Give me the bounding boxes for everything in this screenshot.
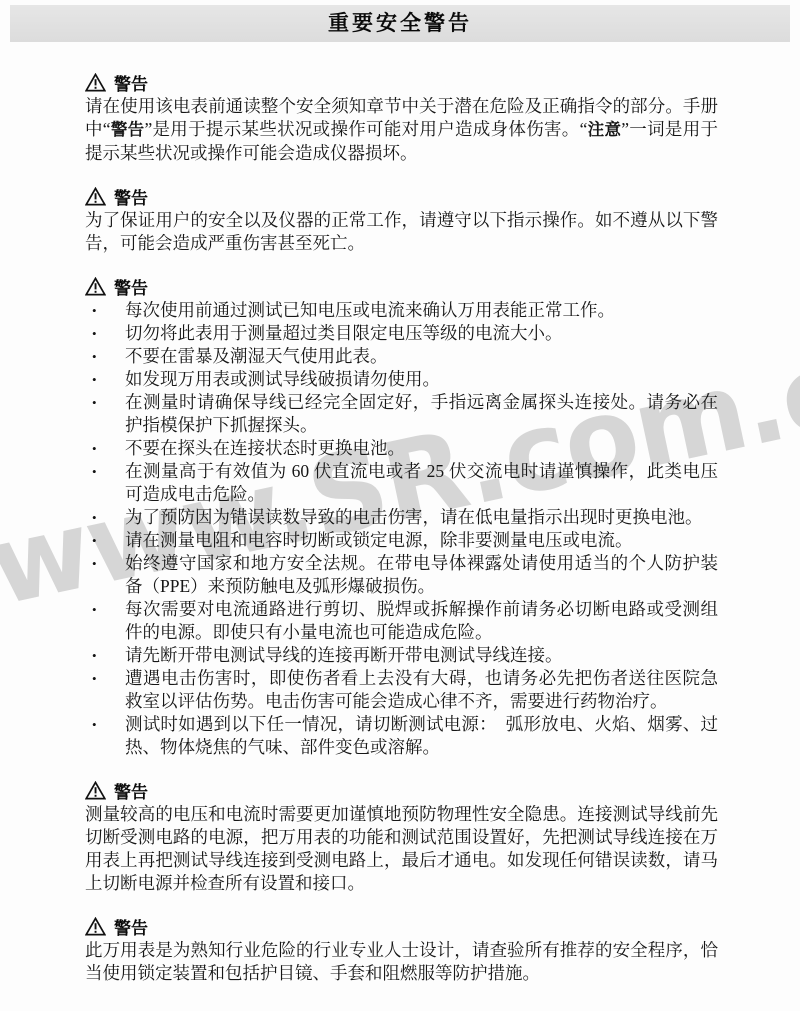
list-item: 如发现万用表或测试导线破损请勿使用。 xyxy=(85,368,718,391)
warning-section-1: 警告 请在使用该电表前通读整个安全须知章节中关于潜在危险及正确指令的部分。手册中… xyxy=(85,72,718,165)
warning-triangle-icon xyxy=(85,73,106,92)
warning-header: 警告 xyxy=(85,916,718,937)
warning-section-5: 警告 此万用表是为熟知行业危险的行业专业人士设计，请查验所有推荐的安全程序，恰当… xyxy=(85,916,718,985)
warning-label: 警告 xyxy=(114,184,148,209)
warning-label: 警告 xyxy=(114,70,148,95)
bold-term-warning: 警告 xyxy=(111,121,145,139)
bold-term-caution: 注意 xyxy=(587,121,621,139)
page-title: 重要安全警告 xyxy=(10,5,790,42)
warning-header: 警告 xyxy=(85,780,718,801)
warning-triangle-icon xyxy=(85,187,106,206)
list-item: 始终遵守国家和地方安全法规。在带电导体裸露处请使用适当的个人防护装备（PPE）来… xyxy=(85,552,718,598)
warning-triangle-icon xyxy=(85,277,106,296)
warning-label: 警告 xyxy=(114,274,148,299)
warning-paragraph: 请在使用该电表前通读整个安全须知章节中关于潜在危险及正确指令的部分。手册中“警告… xyxy=(85,95,718,165)
warning-section-2: 警告 为了保证用户的安全以及仪器的正常工作，请遵守以下指示操作。如不遵从以下警告… xyxy=(85,186,718,255)
paragraph-text: ”是用于提示某些状况或操作可能对用户造成身体伤害。“ xyxy=(144,119,587,139)
warning-label: 警告 xyxy=(114,778,148,803)
list-item: 为了预防因为错误读数导致的电击伤害，请在低电量指示出现时更换电池。 xyxy=(85,506,718,529)
warning-header: 警告 xyxy=(85,276,718,297)
list-item: 遭遇电击伤害时，即使伤者看上去没有大碍，也请务必先把伤者送往医院急救室以评估伤势… xyxy=(85,667,718,713)
list-item: 在测量时请确保导线已经完全固定好，手指远离金属探头连接处。请务必在护指模保护下抓… xyxy=(85,391,718,437)
warning-paragraph: 此万用表是为熟知行业危险的行业专业人士设计，请查验所有推荐的安全程序，恰当使用锁… xyxy=(85,939,718,985)
list-item: 请在测量电阻和电容时切断或锁定电源，除非要测量电压或电流。 xyxy=(85,529,718,552)
warning-label: 警告 xyxy=(114,914,148,939)
warning-section-3: 警告 每次使用前通过测试已知电压或电流来确认万用表能正常工作。 切勿将此表用于测… xyxy=(85,276,718,759)
document-body: 警告 请在使用该电表前通读整个安全须知章节中关于潜在危险及正确指令的部分。手册中… xyxy=(85,42,718,985)
warning-header: 警告 xyxy=(85,186,718,207)
list-item: 在测量高于有效值为 60 伏直流电或者 25 伏交流电时请谨慎操作，此类电压可造… xyxy=(85,460,718,506)
warning-triangle-icon xyxy=(85,781,106,800)
warning-paragraph: 测量较高的电压和电流时需要更加谨慎地预防物理性安全隐患。连接测试导线前先切断受测… xyxy=(85,803,718,895)
list-item: 不要在雷暴及潮湿天气使用此表。 xyxy=(85,345,718,368)
warning-header: 警告 xyxy=(85,72,718,93)
list-item: 测试时如遇到以下任一情况，请切断测试电源： 弧形放电、火焰、烟雾、过热、物体烧焦… xyxy=(85,713,718,759)
warning-section-4: 警告 测量较高的电压和电流时需要更加谨慎地预防物理性安全隐患。连接测试导线前先切… xyxy=(85,780,718,895)
list-item: 切勿将此表用于测量超过类目限定电压等级的电流大小。 xyxy=(85,322,718,345)
warning-paragraph: 为了保证用户的安全以及仪器的正常工作，请遵守以下指示操作。如不遵从以下警告，可能… xyxy=(85,209,718,255)
list-item: 每次需要对电流通路进行剪切、脱焊或拆解操作前请务必切断电路或受测组件的电源。即使… xyxy=(85,598,718,644)
list-item: 请先断开带电测试导线的连接再断开带电测试导线连接。 xyxy=(85,644,718,667)
warning-bullet-list: 每次使用前通过测试已知电压或电流来确认万用表能正常工作。 切勿将此表用于测量超过… xyxy=(85,299,718,759)
list-item: 不要在探头在连接状态时更换电池。 xyxy=(85,437,718,460)
list-item: 每次使用前通过测试已知电压或电流来确认万用表能正常工作。 xyxy=(85,299,718,322)
warning-triangle-icon xyxy=(85,917,106,936)
